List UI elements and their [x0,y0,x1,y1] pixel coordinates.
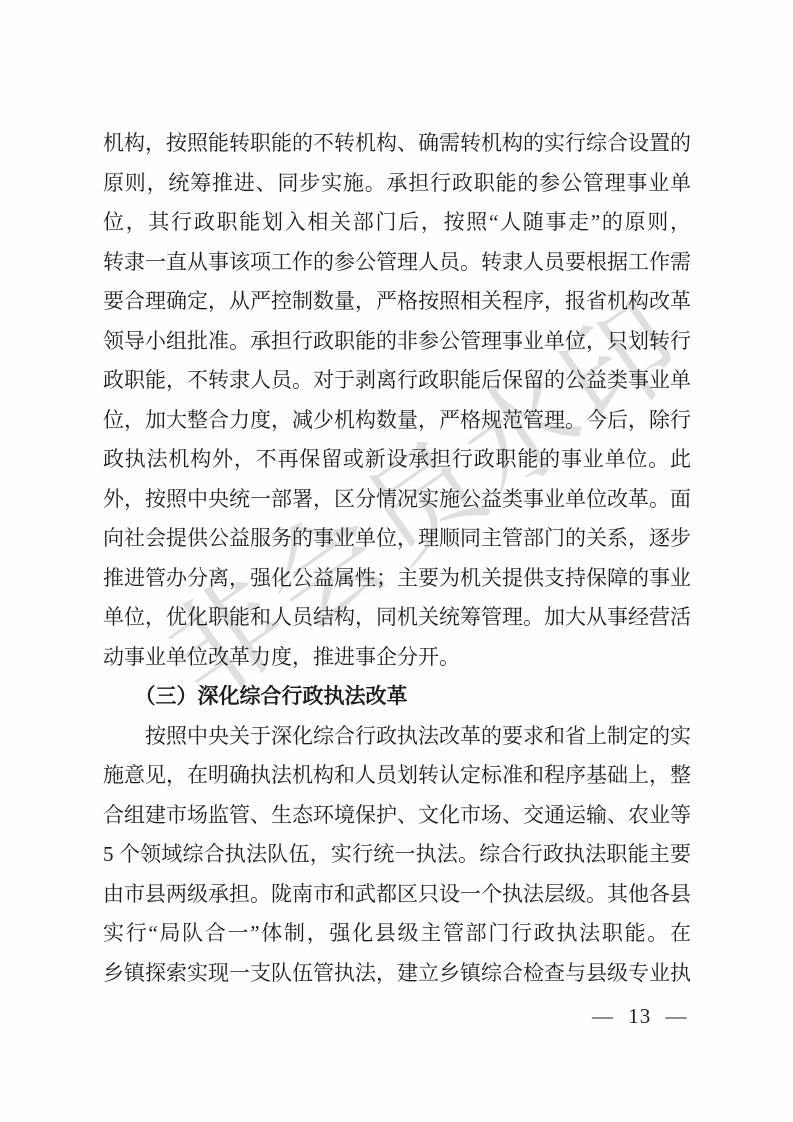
text-line: 施意见，在明确执法机构和人员划转认定标准和程序基础上，整 [103,756,691,796]
document-page: 非会员水印 机构，按照能转职能的不转机构、确需转机构的实行综合设置的原则，统筹推… [0,0,793,1122]
text-line: 实行“局队合一”体制，强化县级主管部门行政执法职能。在 [103,914,691,954]
text-line: 机构，按照能转职能的不转机构、确需转机构的实行综合设置的 [103,124,691,164]
text-line: 位，加大整合力度，减少机构数量，严格规范管理。今后，除行 [103,401,691,441]
text-line: 政职能，不转隶人员。对于剥离行政职能后保留的公益类事业单 [103,361,691,401]
text-line: 转隶一直从事该项工作的参公管理人员。转隶人员要根据工作需 [103,243,691,283]
text-line: 由市县两级承担。陇南市和武都区只设一个执法层级。其他各县 [103,875,691,915]
text-line: 外，按照中央统一部署，区分情况实施公益类事业单位改革。面 [103,480,691,520]
text-line: 位，其行政职能划入相关部门后，按照“人随事走”的原则， [103,203,691,243]
text-line: 要合理确定，从严控制数量，严格按照相关程序，报省机构改革 [103,282,691,322]
text-line: 按照中央关于深化综合行政执法改革的要求和省上制定的实 [103,717,691,757]
text-line: 向社会提供公益服务的事业单位，理顺同主管部门的关系，逐步 [103,519,691,559]
text-line: 推进管办分离，强化公益属性；主要为机关提供支持保障的事业 [103,559,691,599]
text-line: 单位，优化职能和人员结构，同机关统筹管理。加大从事经营活 [103,598,691,638]
text-line: 原则，统筹推进、同步实施。承担行政职能的参公管理事业单 [103,164,691,204]
page-number: — 13 — [592,1004,688,1029]
text-line: 合组建市场监管、生态环境保护、文化市场、交通运输、农业等 [103,796,691,836]
text-line: 动事业单位改革力度，推进事企分开。 [103,638,691,678]
text-line: 乡镇探索实现一支队伍管执法，建立乡镇综合检查与县级专业执 [103,954,691,994]
text-line: 领导小组批准。承担行政职能的非参公管理事业单位，只划转行 [103,322,691,362]
text-line: 政执法机构外，不再保留或新设承担行政职能的事业单位。此 [103,440,691,480]
section-heading: （三）深化综合行政执法改革 [103,677,691,717]
text-line: 5 个领域综合执法队伍，实行统一执法。综合行政执法职能主要 [103,835,691,875]
body-text-block: 机构，按照能转职能的不转机构、确需转机构的实行综合设置的原则，统筹推进、同步实施… [103,124,691,993]
